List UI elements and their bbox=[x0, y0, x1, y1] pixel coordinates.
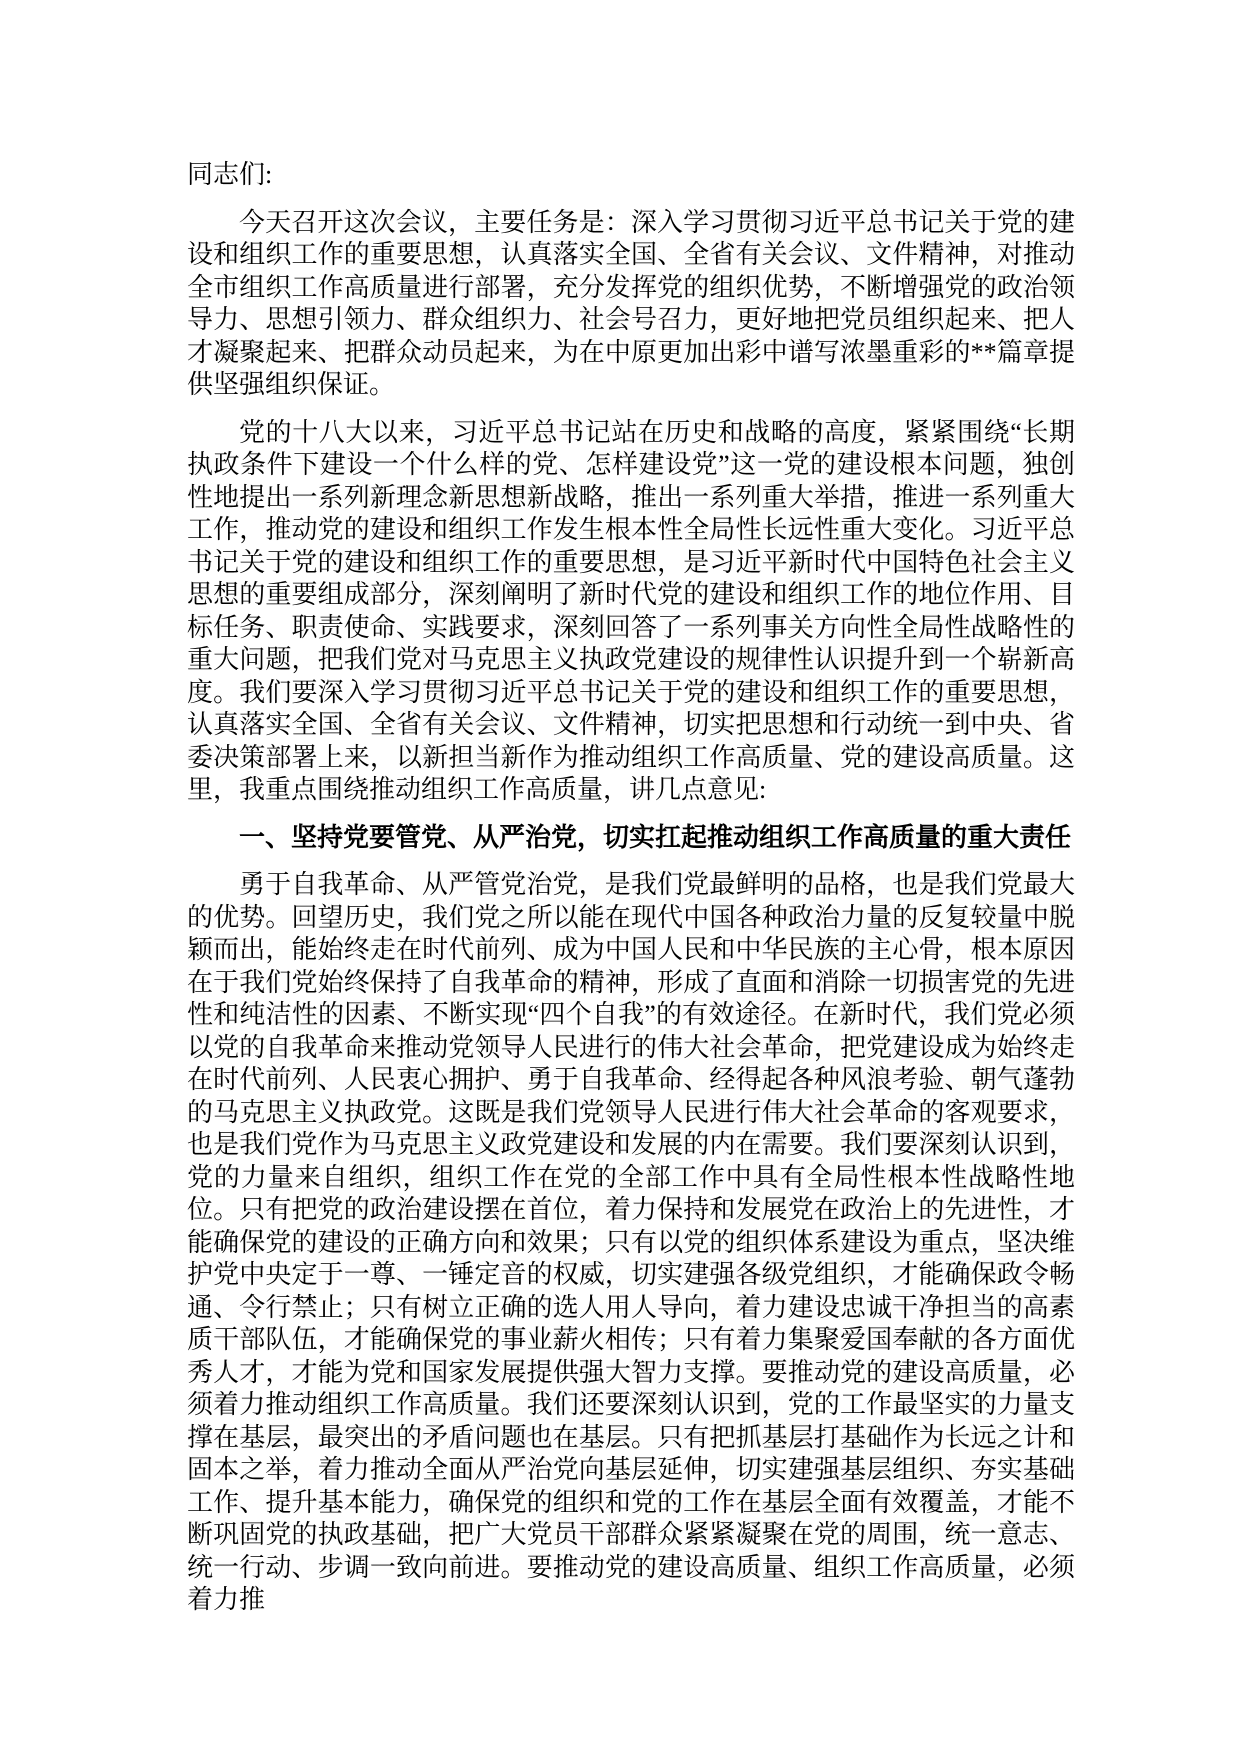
paragraph-background: 党的十八大以来，习近平总书记站在历史和战略的高度，紧紧围绕“长期执政条件下建设一… bbox=[187, 417, 1075, 807]
section-1-heading: 一、坚持党要管党、从严治党，切实扛起推动组织工作高质量的重大责任 bbox=[187, 822, 1075, 855]
paragraph-section-1-body: 勇于自我革命、从严管党治党，是我们党最鲜明的品格，也是我们党最大的优势。回望历史… bbox=[187, 869, 1075, 1617]
paragraph-meeting-intro: 今天召开这次会议，主要任务是：深入学习贯彻习近平总书记关于党的建设和组织工作的重… bbox=[187, 207, 1075, 402]
salutation: 同志们: bbox=[187, 159, 1075, 192]
document-page: 同志们: 今天召开这次会议，主要任务是：深入学习贯彻习近平总书记关于党的建设和组… bbox=[0, 0, 1240, 1754]
